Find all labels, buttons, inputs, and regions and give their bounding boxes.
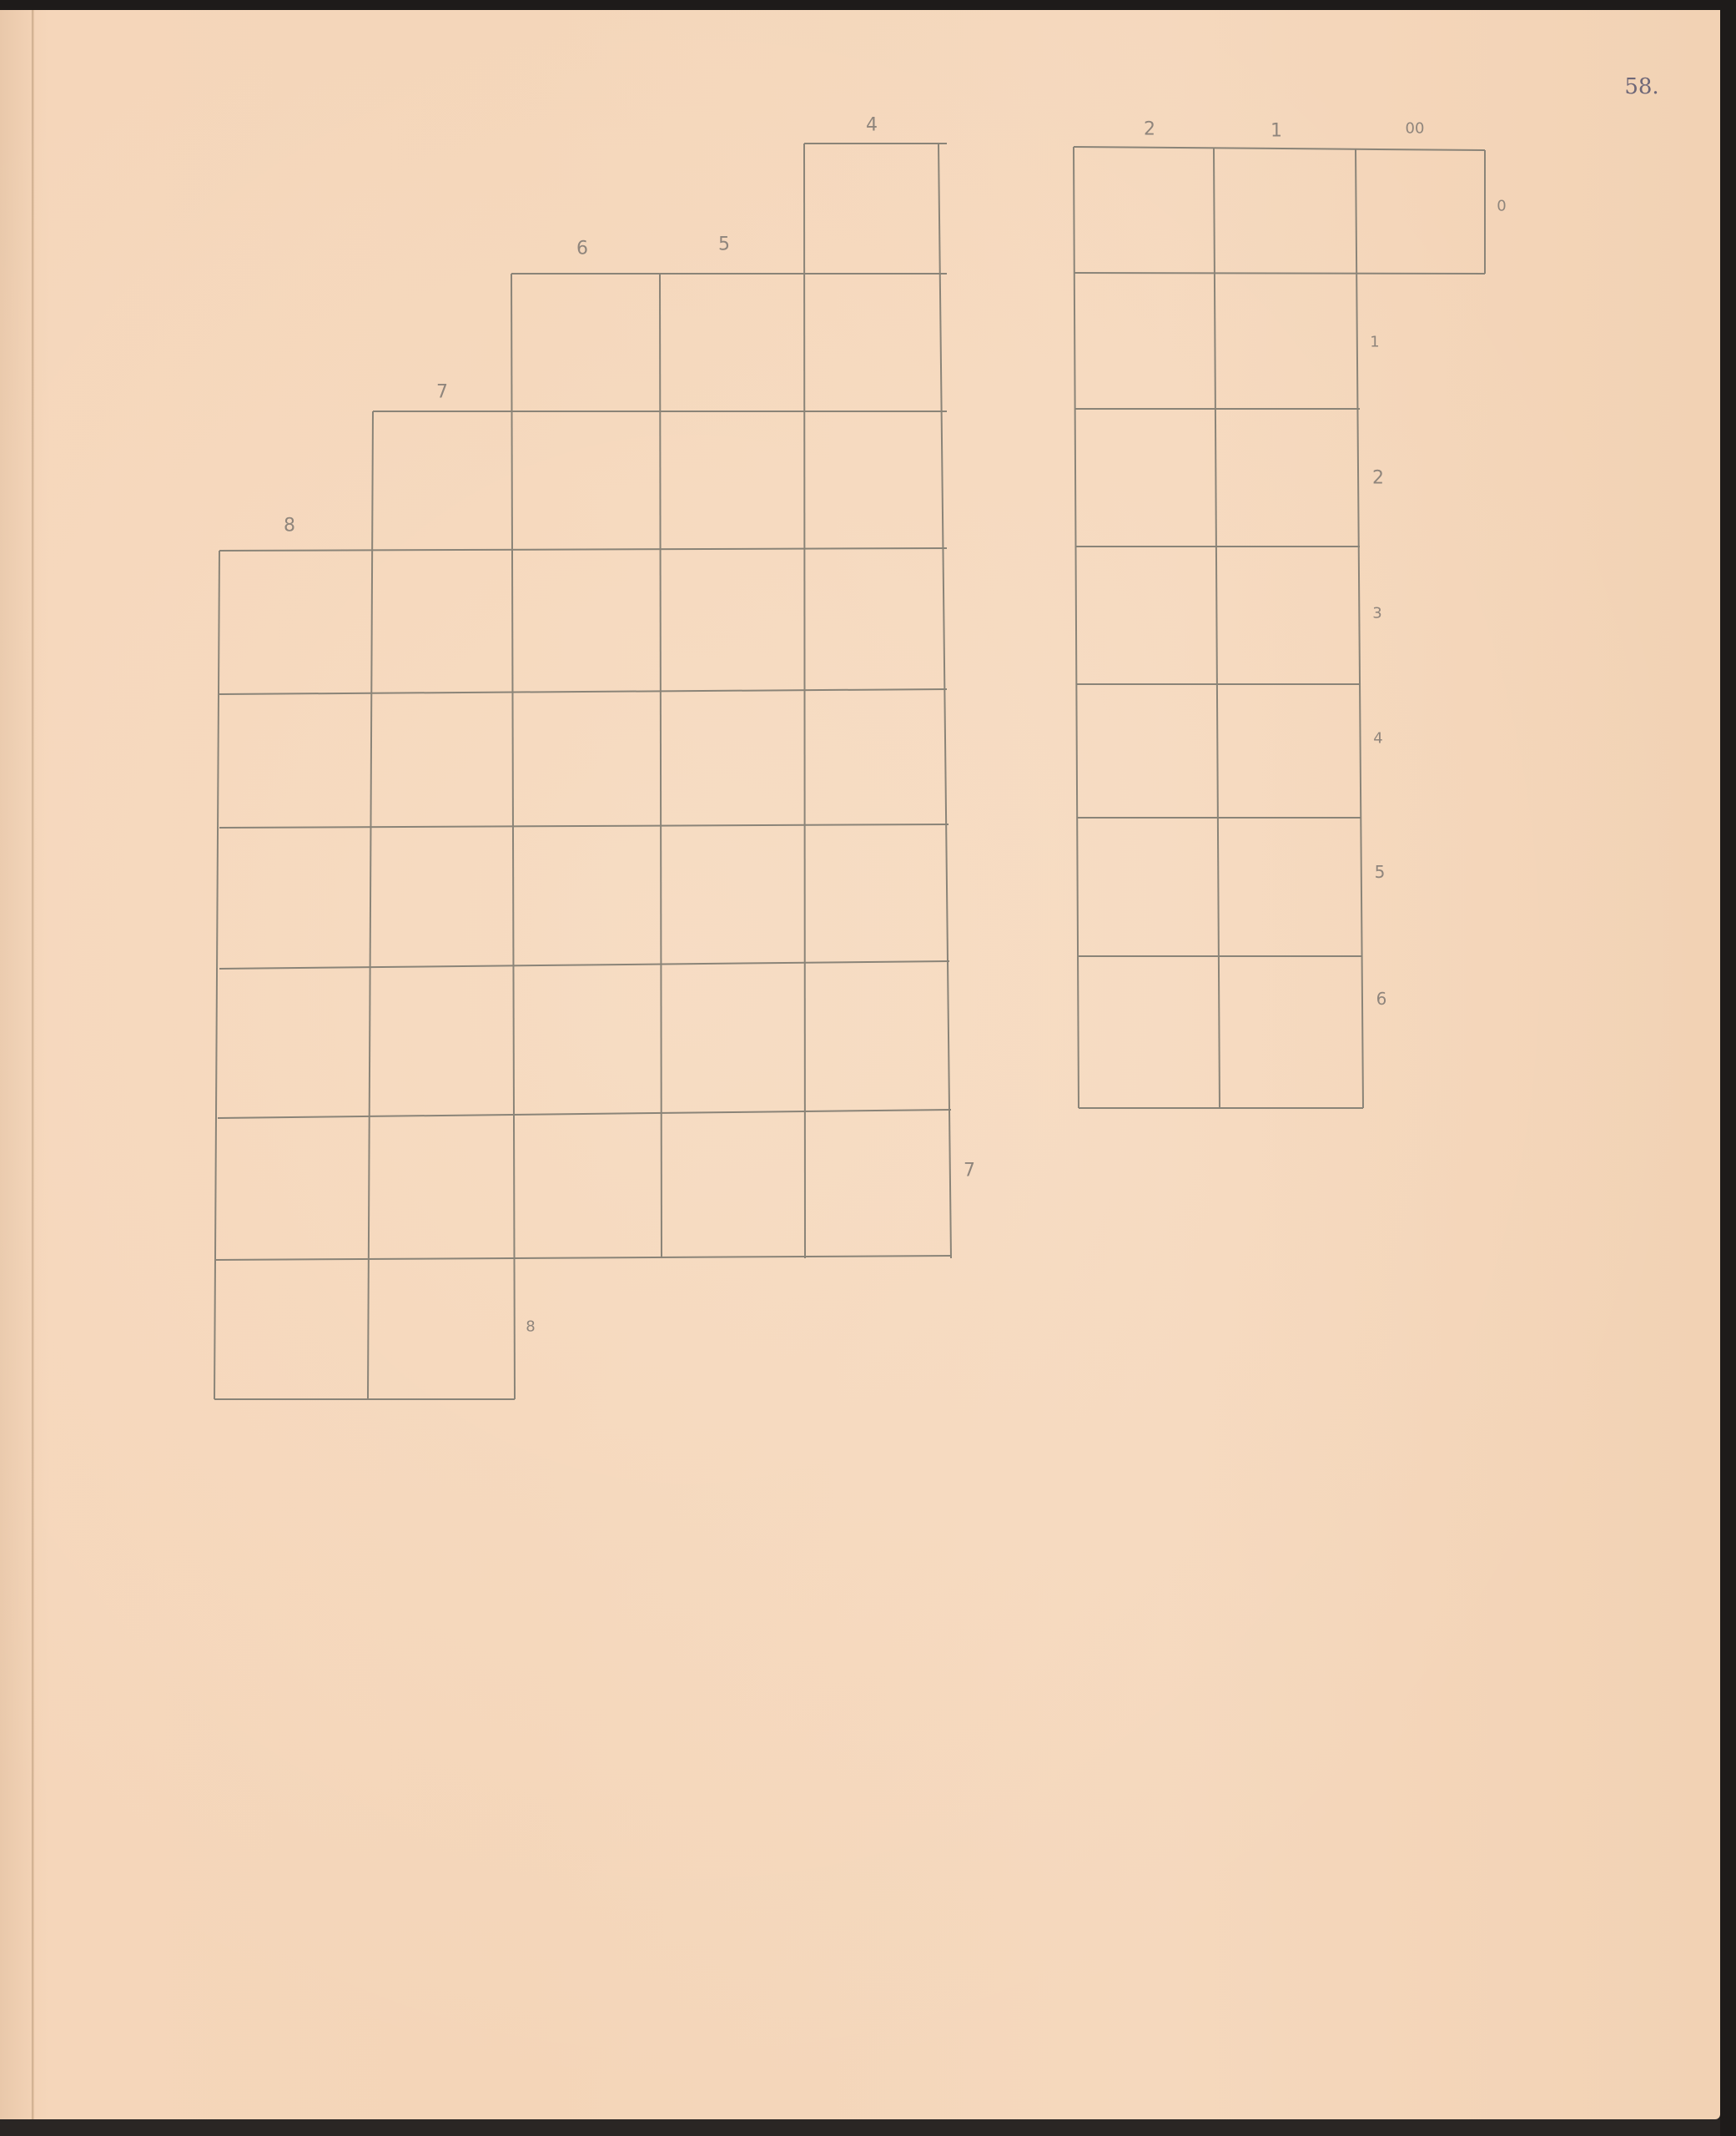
label-col-6: 6 (576, 239, 588, 259)
label-col-00: 00 (1406, 120, 1425, 138)
left-stepped-grid (214, 144, 951, 1399)
label-row-2: 2 (1372, 468, 1384, 489)
label-row-5: 5 (1375, 862, 1386, 882)
label-row-6: 6 (1376, 989, 1387, 1009)
label-col-1: 1 (1271, 121, 1282, 142)
page-number: 58. (1624, 74, 1658, 99)
label-row-0: 0 (1497, 198, 1506, 215)
label-row-3: 3 (1372, 605, 1381, 622)
label-col-8: 8 (284, 516, 295, 537)
label-col-2: 2 (1144, 119, 1155, 140)
label-side-8: 8 (526, 1318, 535, 1336)
pencil-grids (0, 0, 1736, 2136)
label-row-4: 4 (1373, 730, 1382, 748)
label-col-4: 4 (866, 115, 878, 136)
label-col-7: 7 (436, 382, 448, 403)
label-side-7: 7 (964, 1161, 975, 1181)
label-row-1: 1 (1370, 334, 1379, 351)
right-column-grid (1074, 147, 1485, 1108)
label-col-5: 5 (718, 234, 730, 255)
